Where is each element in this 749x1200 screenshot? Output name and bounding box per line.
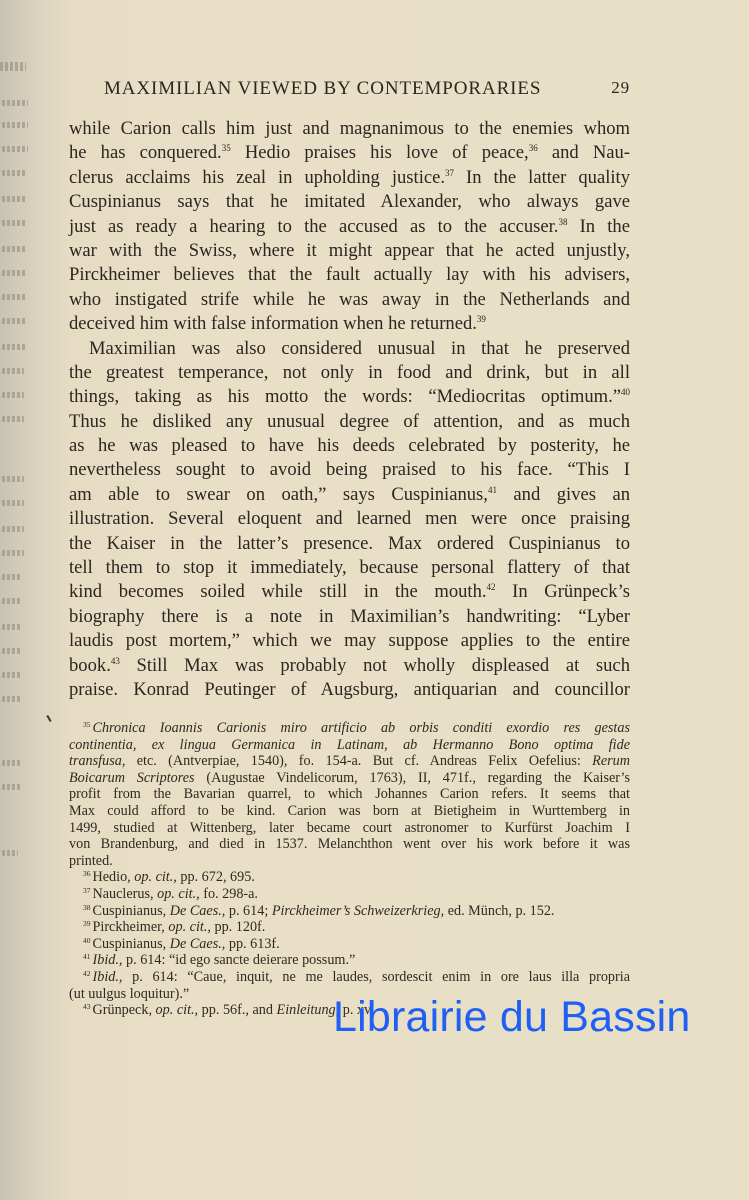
footnote-number: 39 (83, 919, 91, 928)
bleed-mark (2, 850, 18, 856)
bleed-mark (2, 220, 26, 226)
seller-watermark: Librairie du Bassin (333, 996, 691, 1039)
footnote-35: 35Chronica Ioannis Carionis miro artific… (69, 720, 630, 869)
footnotes: 35Chronica Ioannis Carionis miro artific… (69, 720, 630, 1019)
bleed-mark (2, 550, 24, 556)
footnote-ref-42[interactable]: 42 (487, 582, 496, 592)
text-line: the greatest temperance, not only in foo… (69, 361, 630, 385)
text-line: deceived him with false information when… (69, 312, 630, 336)
text-line: he has conquered.35 Hedio praises his lo… (69, 141, 630, 165)
text-line: just as ready a hearing to the accused a… (69, 215, 630, 239)
text-line: illustration. Several eloquent and learn… (69, 507, 630, 531)
text-line: who instigated strife while he was away … (69, 288, 630, 312)
paragraph-2: Maximilian was also considered unusual i… (69, 337, 630, 703)
footnote-39: 39Pirckheimer, op. cit., pp. 120f. (69, 919, 630, 936)
text-line: tell them to stop it immediately, becaus… (69, 556, 630, 580)
footnote-41: 41Ibid., p. 614: “id ego sancte deierare… (69, 952, 630, 969)
paragraph-1: while Carion calls him just and magnanim… (69, 117, 630, 337)
footnote-40: 40Cuspinianus, De Caes., pp. 613f. (69, 936, 630, 953)
bleed-mark (2, 344, 26, 350)
bleed-mark (2, 392, 24, 398)
bleed-mark (2, 270, 26, 276)
bleed-mark (2, 696, 22, 702)
bleed-mark (2, 146, 28, 152)
bleed-mark (2, 598, 22, 604)
footnote-ref-40[interactable]: 40 (621, 387, 630, 397)
text-line: while Carion calls him just and magnanim… (69, 117, 630, 141)
footnote-ref-43[interactable]: 43 (111, 656, 120, 666)
text-line: war with the Swiss, where it might appea… (69, 239, 630, 263)
footnote-ref-37[interactable]: 37 (445, 168, 454, 178)
bleed-mark (2, 196, 26, 202)
text-line: Thus he disliked any unusual degree of a… (69, 410, 630, 434)
text-line: clerus acclaims his zeal in upholding ju… (69, 166, 630, 190)
text-line: as he was pleased to have his deeds cele… (69, 434, 630, 458)
bleed-mark (2, 368, 24, 374)
ink-speck (46, 715, 51, 722)
footnote-ref-35[interactable]: 35 (222, 143, 231, 153)
text-line: am able to swear on oath,” says Cuspinia… (69, 483, 630, 507)
bleed-mark (2, 246, 26, 252)
bleed-mark (2, 416, 24, 422)
bleed-mark (2, 100, 28, 106)
footnote-36: 36Hedio, op. cit., pp. 672, 695. (69, 869, 630, 886)
footnote-number: 36 (83, 869, 91, 878)
bleed-mark (2, 294, 26, 300)
bleed-mark (2, 318, 26, 324)
text-line: nevertheless sought to avoid being prais… (69, 458, 630, 482)
footnote-number: 43 (83, 1002, 91, 1011)
bleed-mark (2, 648, 22, 654)
running-head-title: MAXIMILIAN VIEWED BY CONTEMPORARIES (104, 78, 541, 100)
footnote-37: 37Nauclerus, op. cit., fo. 298-a. (69, 886, 630, 903)
text-line: Cuspinianus says that he imitated Alexan… (69, 190, 630, 214)
bleed-mark (2, 672, 22, 678)
footnote-ref-41[interactable]: 41 (488, 485, 497, 495)
bleed-mark (2, 122, 28, 128)
text-line: biography there is a note in Maximilian’… (69, 605, 630, 629)
text-line: things, taking as his motto the words: “… (69, 385, 630, 409)
footnote-number: 40 (83, 936, 91, 945)
footnote-38: 38Cuspinianus, De Caes., p. 614; Pirckhe… (69, 903, 630, 920)
text-line: the Kaiser in the latter’s presence. Max… (69, 532, 630, 556)
footnote-number: 38 (83, 903, 91, 912)
footnote-number: 41 (83, 952, 91, 961)
body-text: while Carion calls him just and magnanim… (69, 117, 630, 702)
bleed-mark (2, 526, 24, 532)
text-line: kind becomes soiled while still in the m… (69, 580, 630, 604)
bleed-mark (2, 760, 20, 766)
text-line: Maximilian was also considered unusual i… (69, 337, 630, 361)
bleed-mark (2, 500, 24, 506)
text-line: book.43 Still Max was probably not wholl… (69, 654, 630, 678)
footnote-number: 42 (83, 969, 91, 978)
footnote-ref-36[interactable]: 36 (529, 143, 538, 153)
bleed-mark (2, 624, 22, 630)
bleed-mark (2, 784, 20, 790)
text-line: laudis post mortem,” which we may suppos… (69, 629, 630, 653)
facing-page-bleed-through (0, 60, 32, 860)
text-line: Pirckheimer believes that the fault actu… (69, 263, 630, 287)
page-number: 29 (611, 78, 630, 100)
bleed-mark (2, 574, 22, 580)
footnote-number: 35 (83, 720, 91, 729)
text-line: praise. Konrad Peutinger of Augsburg, an… (69, 678, 630, 702)
bleed-mark (0, 62, 26, 71)
bleed-mark (2, 170, 26, 176)
footnote-ref-39[interactable]: 39 (477, 314, 486, 324)
bleed-mark (2, 476, 24, 482)
footnote-number: 37 (83, 886, 91, 895)
running-head: MAXIMILIAN VIEWED BY CONTEMPORARIES 29 (104, 78, 630, 100)
